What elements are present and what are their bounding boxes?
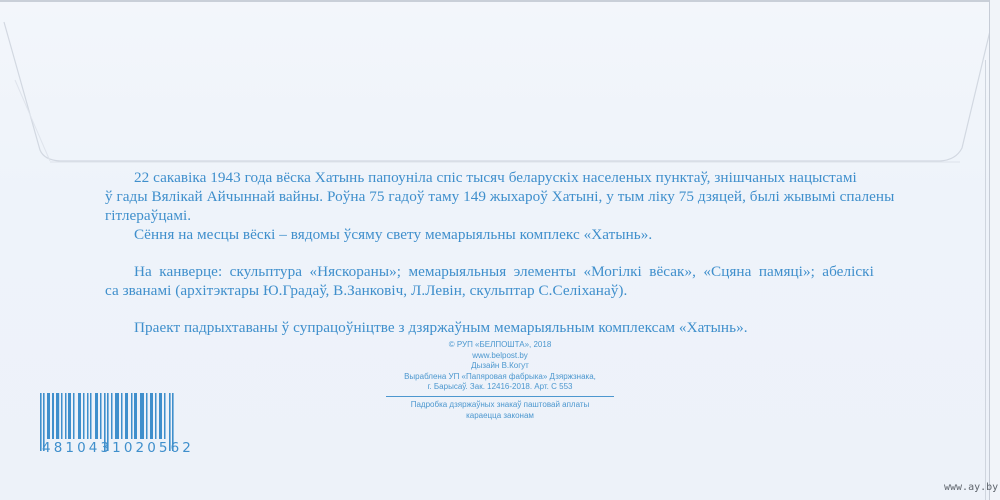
watermark: www.ay.by bbox=[944, 482, 998, 493]
publisher-imprint: © РУП «БЕЛПОШТА», 2018 www.belpost.by Ды… bbox=[370, 340, 630, 422]
paragraph-history-line-2: ў гады Вялікай Айчыннай вайны. Роўна 75 … bbox=[105, 187, 894, 206]
paragraph-project: Праект падрыхтаваны ў супрацоўніцтве з д… bbox=[134, 318, 748, 337]
imprint-website: www.belpost.by bbox=[370, 351, 630, 362]
barcode-number: 4810431020562 bbox=[42, 440, 194, 456]
paragraph-memorial: Сёння на месцы вёскі – вядомы ўсяму свет… bbox=[134, 225, 652, 244]
imprint-printer-line-2: г. Барысаў. Зак. 12416-2018. Арт. С 553 bbox=[370, 382, 630, 393]
paragraph-history-line-3: гітлераўцамі. bbox=[105, 206, 191, 225]
imprint-copyright: © РУП «БЕЛПОШТА», 2018 bbox=[370, 340, 630, 351]
imprint-printer-line-1: Выраблена УП «Папяровая фабрыка» Дзяржзн… bbox=[370, 372, 630, 383]
imprint-divider bbox=[386, 396, 614, 398]
imprint-legal-line-1: Падробка дзяржаўных знакаў паштовай апла… bbox=[370, 400, 630, 411]
paragraph-cover-line-1: На канверце: скульптура «Няскораны»; мем… bbox=[134, 262, 874, 281]
imprint-legal-line-2: караецца законам bbox=[370, 411, 630, 422]
paragraph-history-line-1: 22 сакавіка 1943 года вёска Хатынь папоу… bbox=[134, 168, 857, 187]
envelope-back: 22 сакавіка 1943 года вёска Хатынь папоу… bbox=[0, 0, 1000, 500]
paragraph-cover-line-2: са званамі (архітэктары Ю.Градаў, В.Занк… bbox=[105, 281, 627, 300]
imprint-design: Дызайн В.Когут bbox=[370, 361, 630, 372]
